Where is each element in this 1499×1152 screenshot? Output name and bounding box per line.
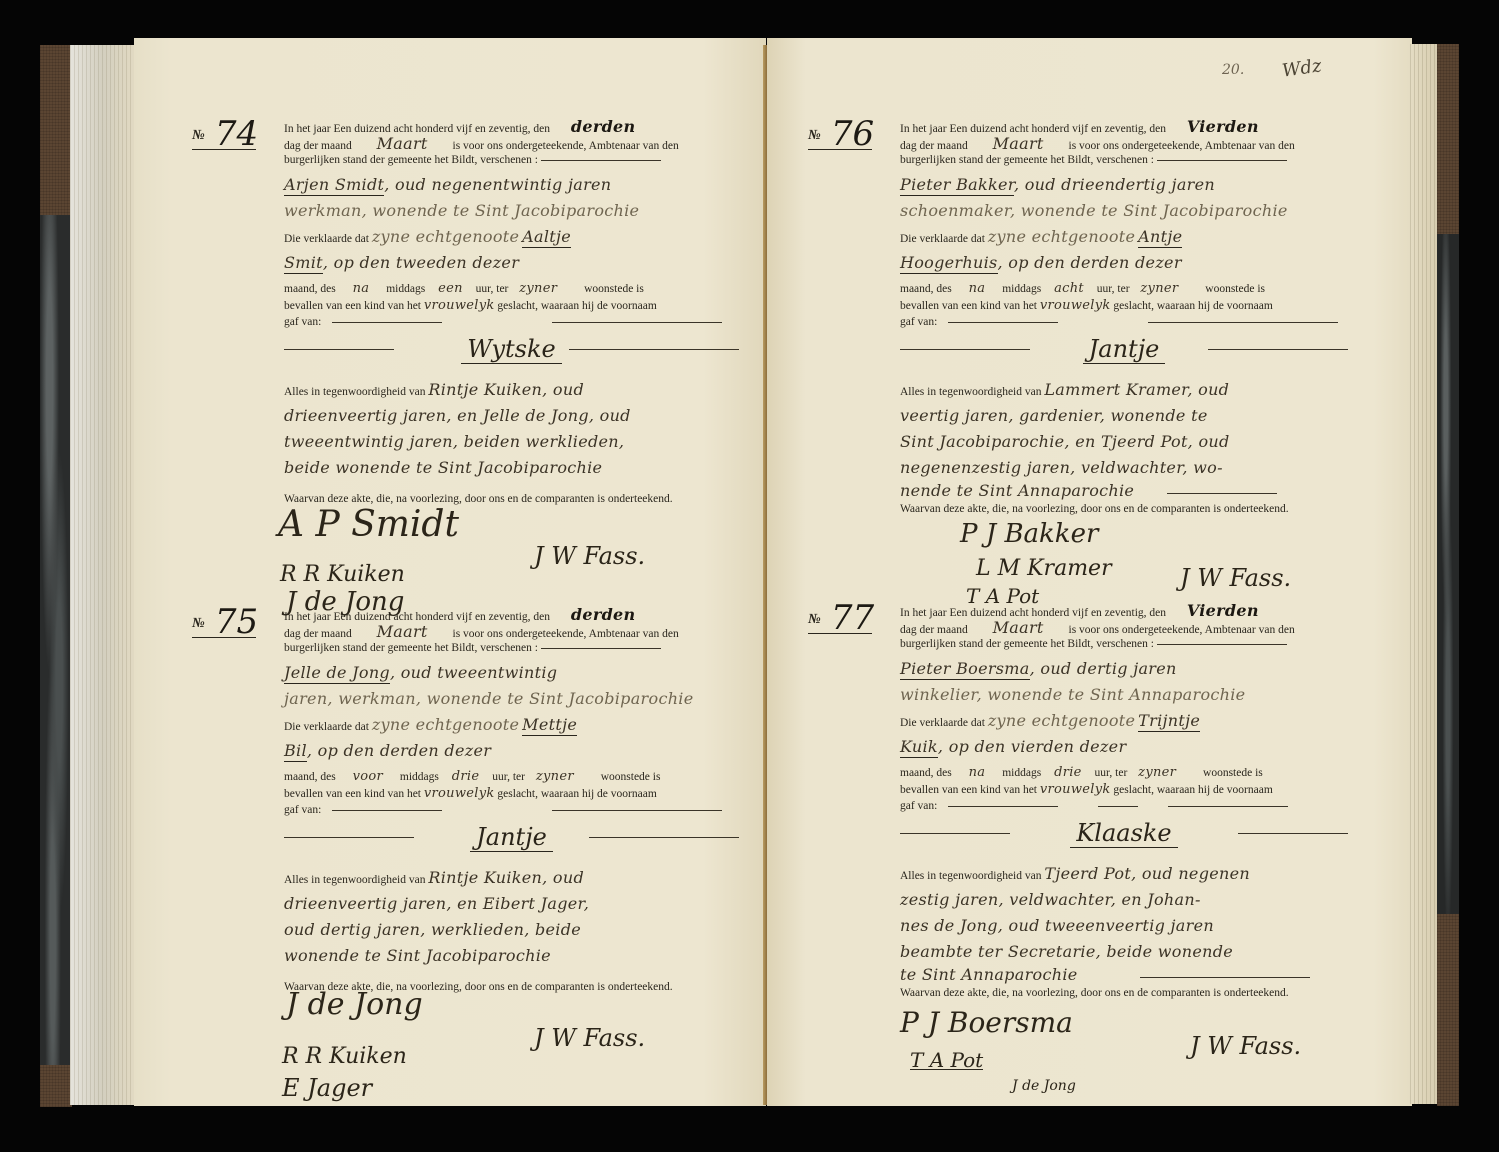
gave-line: gaf van: <box>900 798 1348 815</box>
witness-line: drieenveertig jaren, en Jelle de Jong, o… <box>284 403 739 429</box>
fill-line <box>900 833 1010 834</box>
fill-line <box>948 806 1058 807</box>
fill-line <box>284 349 394 350</box>
intro-line-1: In het jaar Een duizend acht honderd vij… <box>900 602 1348 619</box>
child-name: Wytske <box>461 335 561 364</box>
hand-residence: zyner <box>519 281 557 296</box>
signature: R R Kuiken <box>282 1048 407 1065</box>
sex-line: bevallen van een kind van het vrouwelyk … <box>284 785 739 802</box>
hand-relation: zyne echtgenoote <box>372 227 519 246</box>
fill-line <box>552 322 722 323</box>
print-text: uur, ter <box>476 283 509 295</box>
hand-residence: zyner <box>1138 765 1176 780</box>
witness-text: veertig jaren, gardenier, wonende te <box>900 406 1208 425</box>
witness-line: zestig jaren, veldwachter, en Johan- <box>900 887 1348 913</box>
mother-last-name: Hoogerhuis <box>900 253 998 274</box>
witness-1: Tjeerd Pot, oud negenen <box>1044 864 1250 883</box>
hand-residence: zyner <box>536 769 574 784</box>
declarant-occupation: jaren, werkman, wonende te Sint Jacobipa… <box>284 689 694 708</box>
hand-relation: zyne echtgenoote <box>988 711 1135 730</box>
declarant-line-2: jaren, werkman, wonende te Sint Jacobipa… <box>284 686 739 712</box>
witness-text: Sint Jacobiparochie, en Tjeerd Pot, oud <box>900 432 1230 451</box>
declarant-occupation: schoenmaker, wonende te Sint Jacobiparoc… <box>900 201 1288 220</box>
record-number: №76 <box>808 120 874 145</box>
print-text: voornaam <box>1227 784 1273 796</box>
record-number-value: 76 <box>831 114 874 154</box>
print-text: bevallen van een kind van het <box>284 300 421 312</box>
divider <box>192 149 256 150</box>
witness-text: zestig jaren, veldwachter, en Johan- <box>900 890 1201 909</box>
fill-line <box>900 349 1030 350</box>
intro-line-3: burgerlijken stand der gemeente het Bild… <box>284 152 739 169</box>
print-text: Alles in tegenwoordigheid van <box>900 870 1041 882</box>
signature-registrar: J W Fass. <box>534 548 645 565</box>
declarant-line: Arjen Smidt, oud negenentwintig jaren <box>284 172 739 198</box>
print-text: geslacht, waaraan hij de <box>1113 300 1223 312</box>
print-text: geslacht, waaraan hij de <box>1113 784 1223 796</box>
print-text: maand, des <box>284 771 336 783</box>
hand-hour: acht <box>1054 281 1084 296</box>
child-name: Jantje <box>470 823 553 852</box>
mother-line: Bil, op den derden dezer <box>284 738 739 764</box>
closing-line: Waarvan deze akte, die, na voorlezing, d… <box>900 985 1348 1002</box>
print-text: burgerlijken stand der gemeente het Bild… <box>284 154 538 166</box>
closing-text: Waarvan deze akte, die, na voorlezing, d… <box>900 503 1289 515</box>
signature: P J Bakker <box>960 526 1098 543</box>
statement-line: Die verklaarde dat zyne echtgenoote Aalt… <box>284 224 739 250</box>
birth-date: , op den derden dezer <box>998 253 1182 272</box>
fill-line <box>332 322 442 323</box>
fill-line <box>1157 644 1287 645</box>
print-text: is voor ons ondergeteekende, Ambtenaar v… <box>453 140 679 152</box>
declarant-line-2: werkman, wonende te Sint Jacobiparochie <box>284 198 739 224</box>
declarant-age: , oud drieendertig jaren <box>1014 175 1215 194</box>
print-text: maand, des <box>900 283 952 295</box>
witness-line: Sint Jacobiparochie, en Tjeerd Pot, oud <box>900 429 1348 455</box>
witness-line: veertig jaren, gardenier, wonende te <box>900 403 1348 429</box>
fill-line <box>948 322 1058 323</box>
witness-line: te Sint Annaparochie <box>900 965 1348 985</box>
declarant-age: , oud dertig jaren <box>1030 659 1177 678</box>
witness-text: drieenveertig jaren, en Eibert Jager, <box>284 894 589 913</box>
print-text: Die verklaarde dat <box>900 717 985 729</box>
child-name-line: Wytske <box>284 331 739 367</box>
print-text: gaf van: <box>284 316 321 328</box>
print-text: burgerlijken stand der gemeente het Bild… <box>900 154 1154 166</box>
declarant-name: Arjen Smidt <box>284 175 384 196</box>
signature: J de Jong <box>1012 1078 1076 1095</box>
declarant-name: Jelle de Jong <box>284 663 390 684</box>
declarant-line: Pieter Bakker, oud drieendertig jaren <box>900 172 1348 198</box>
child-name-line: Jantje <box>900 331 1348 367</box>
declarant-line-2: schoenmaker, wonende te Sint Jacobiparoc… <box>900 198 1348 224</box>
signatures: P J Boersma T A Pot J de Jong J W Fass. <box>900 1002 1348 1122</box>
statement-line: Die verklaarde dat zyne echtgenoote Trij… <box>900 708 1348 734</box>
birth-date: , op den tweeden dezer <box>323 253 519 272</box>
fill-line <box>1168 806 1288 807</box>
mother-line: Smit, op den tweeden dezer <box>284 250 739 276</box>
fill-line <box>552 810 722 811</box>
print-text: voornaam <box>611 300 657 312</box>
witness-line: wonende te Sint Jacobiparochie <box>284 943 739 969</box>
signature: E Jager <box>282 1080 372 1097</box>
fill-line <box>1140 977 1310 978</box>
hand-sex: vrouwelyk <box>424 298 495 313</box>
print-text: voornaam <box>611 788 657 800</box>
witness-text: negenenzestig jaren, veldwachter, wo- <box>900 458 1223 477</box>
signature: P J Boersma <box>900 1014 1073 1031</box>
fill-line <box>1208 349 1348 350</box>
print-text: geslacht, waaraan hij de <box>497 300 607 312</box>
birth-record-76: №76 In het jaar Een duizend acht honderd… <box>900 118 1348 638</box>
fill-line <box>541 648 661 649</box>
witness-line: drieenveertig jaren, en Eibert Jager, <box>284 891 739 917</box>
mother-line: Kuik, op den vierden dezer <box>900 734 1348 760</box>
signatures: J de Jong R R Kuiken E Jager J W Fass. <box>284 996 739 1116</box>
intro-line-2: dag der maand Maart is voor ons onderget… <box>900 619 1348 636</box>
record-number-value: 75 <box>215 602 258 642</box>
declarant-line-2: winkelier, wonende te Sint Annaparochie <box>900 682 1348 708</box>
record-number-value: 74 <box>215 114 258 154</box>
witness-text: tweeentwintig jaren, beiden werklieden, <box>284 432 624 451</box>
time-line: maand, des voor middags drie uur, ter zy… <box>284 768 739 785</box>
witness-line: tweeentwintig jaren, beiden werklieden, <box>284 429 739 455</box>
marbled-paper-left <box>40 215 72 1065</box>
child-name-line: Klaaske <box>900 815 1348 851</box>
hand-sex: vrouwelyk <box>1040 782 1111 797</box>
declarant-line: Jelle de Jong, oud tweeentwintig <box>284 660 739 686</box>
hand-day: derden <box>571 117 636 136</box>
print-text: maand, des <box>284 283 336 295</box>
sex-line: bevallen van een kind van het vrouwelyk … <box>284 297 739 314</box>
declarant-line: Pieter Boersma, oud dertig jaren <box>900 656 1348 682</box>
signature: A P Smidt <box>278 516 459 533</box>
signature-registrar: J W Fass. <box>1180 570 1291 587</box>
signature: R R Kuiken <box>280 566 405 583</box>
print-text: middags <box>400 771 439 783</box>
hand-ampm: na <box>353 281 370 296</box>
number-label: № <box>192 616 205 631</box>
witness-text: beide wonende te Sint Jacobiparochie <box>284 458 602 477</box>
witness-line: beide wonende te Sint Jacobiparochie <box>284 455 739 481</box>
closing-text: Waarvan deze akte, die, na voorlezing, d… <box>900 987 1289 999</box>
hand-ampm: voor <box>353 769 383 784</box>
divider <box>808 633 872 634</box>
declarant-occupation: winkelier, wonende te Sint Annaparochie <box>900 685 1245 704</box>
birth-date: , op den derden dezer <box>307 741 491 760</box>
gave-line: gaf van: <box>284 802 739 819</box>
declarant-name: Pieter Bakker <box>900 175 1014 196</box>
mother-first-name: Trijntje <box>1138 711 1200 732</box>
number-label: № <box>192 128 205 143</box>
witness-text: nende te Sint Annaparochie <box>900 481 1134 500</box>
witness-1: Rintje Kuiken, oud <box>428 868 584 887</box>
mother-first-name: Mettje <box>522 715 577 736</box>
intro-line-3: burgerlijken stand der gemeente het Bild… <box>284 640 739 657</box>
print-text: dag der maand <box>900 624 968 636</box>
print-text: dag der maand <box>284 140 352 152</box>
fill-line <box>1238 833 1348 834</box>
fill-line <box>589 837 739 838</box>
witness-1: Lammert Kramer, oud <box>1044 380 1229 399</box>
gave-line: gaf van: <box>900 314 1348 331</box>
print-text: uur, ter <box>1097 283 1130 295</box>
fill-line <box>541 160 661 161</box>
hand-relation: zyne echtgenoote <box>988 227 1135 246</box>
divider <box>808 149 872 150</box>
page-edges-left <box>70 45 136 1105</box>
child-name: Jantje <box>1083 335 1166 364</box>
hand-ampm: na <box>969 765 986 780</box>
closing-line: Waarvan deze akte, die, na voorlezing, d… <box>900 501 1348 518</box>
declarant-age: , oud negenentwintig jaren <box>384 175 611 194</box>
intro-line-2: dag der maand Maart is voor ons onderget… <box>284 623 739 640</box>
print-text: Alles in tegenwoordigheid van <box>284 874 425 886</box>
sex-line: bevallen van een kind van het vrouwelyk … <box>900 781 1348 798</box>
print-text: is voor ons ondergeteekende, Ambtenaar v… <box>1069 140 1295 152</box>
print-text: bevallen van een kind van het <box>900 784 1037 796</box>
fill-line <box>1157 160 1287 161</box>
time-line: maand, des na middags een uur, ter zyner… <box>284 280 739 297</box>
intro-line-2: dag der maand Maart is voor ons onderget… <box>900 135 1348 152</box>
print-text: burgerlijken stand der gemeente het Bild… <box>284 642 538 654</box>
statement-line: Die verklaarde dat zyne echtgenoote Mett… <box>284 712 739 738</box>
page-number: 20. <box>1222 62 1244 78</box>
print-text: Alles in tegenwoordigheid van <box>900 386 1041 398</box>
divider <box>192 637 256 638</box>
print-text: maand, des <box>900 767 952 779</box>
witness-line: Alles in tegenwoordigheid van Tjeerd Pot… <box>900 861 1348 887</box>
record-number: №75 <box>192 608 258 633</box>
witness-line: Alles in tegenwoordigheid van Rintje Kui… <box>284 377 739 403</box>
fill-line <box>1148 322 1338 323</box>
fill-line <box>332 810 442 811</box>
hand-residence: zyner <box>1140 281 1178 296</box>
witness-line: negenenzestig jaren, veldwachter, wo- <box>900 455 1348 481</box>
print-text: voornaam <box>1227 300 1273 312</box>
witness-text: drieenveertig jaren, en Jelle de Jong, o… <box>284 406 631 425</box>
intro-line-2: dag der maand Maart is voor ons onderget… <box>284 135 739 152</box>
hand-month: Maart <box>377 134 428 153</box>
hand-sex: vrouwelyk <box>1040 298 1111 313</box>
record-number: №74 <box>192 120 258 145</box>
hand-hour: drie <box>452 769 480 784</box>
print-text: bevallen van een kind van het <box>284 788 421 800</box>
birth-record-75: №75 In het jaar Een duizend acht honderd… <box>284 606 739 1116</box>
signature: L M Kramer <box>976 560 1112 577</box>
book-cover-right <box>1437 44 1459 1106</box>
print-text: Die verklaarde dat <box>284 233 369 245</box>
print-text: burgerlijken stand der gemeente het Bild… <box>900 638 1154 650</box>
hand-relation: zyne echtgenoote <box>372 715 519 734</box>
marbled-paper-right <box>1437 234 1459 914</box>
witness-line: nende te Sint Annaparochie <box>900 481 1348 501</box>
print-text: woonstede is <box>584 283 644 295</box>
intro-line-3: burgerlijken stand der gemeente het Bild… <box>900 152 1348 169</box>
mother-line: Hoogerhuis, op den derden dezer <box>900 250 1348 276</box>
declarant-name: Pieter Boersma <box>900 659 1030 680</box>
print-text: woonstede is <box>1203 767 1263 779</box>
print-text: middags <box>1002 283 1041 295</box>
print-text: gaf van: <box>284 804 321 816</box>
mother-last-name: Bil <box>284 741 307 762</box>
number-label: № <box>808 128 821 143</box>
fill-line <box>1167 493 1277 494</box>
hand-hour: een <box>438 281 463 296</box>
hand-month: Maart <box>993 134 1044 153</box>
print-text: gaf van: <box>900 316 937 328</box>
print-text: uur, ter <box>492 771 525 783</box>
print-text: gaf van: <box>900 800 937 812</box>
mother-first-name: Antje <box>1138 227 1182 248</box>
hand-month: Maart <box>377 622 428 641</box>
intro-line-3: burgerlijken stand der gemeente het Bild… <box>900 636 1348 653</box>
hand-hour: drie <box>1054 765 1082 780</box>
witness-text: wonende te Sint Jacobiparochie <box>284 946 551 965</box>
hand-day: Vierden <box>1187 601 1259 620</box>
intro-line-1: In het jaar Een duizend acht honderd vij… <box>284 118 739 135</box>
record-number-value: 77 <box>831 598 874 638</box>
record-number: №77 <box>808 604 874 629</box>
hand-sex: vrouwelyk <box>424 786 495 801</box>
print-text: bevallen van een kind van het <box>900 300 1037 312</box>
hand-day: Vierden <box>1187 117 1259 136</box>
witness-line: nes de Jong, oud tweeenveertig jaren <box>900 913 1348 939</box>
intro-line-1: In het jaar Een duizend acht honderd vij… <box>900 118 1348 135</box>
book-cover-left <box>40 45 72 1107</box>
print-text: woonstede is <box>601 771 661 783</box>
print-text: Die verklaarde dat <box>284 721 369 733</box>
sex-line: bevallen van een kind van het vrouwelyk … <box>900 297 1348 314</box>
witness-text: te Sint Annaparochie <box>900 965 1078 984</box>
print-text: geslacht, waaraan hij de <box>497 788 607 800</box>
child-name-line: Jantje <box>284 819 739 855</box>
statement-line: Die verklaarde dat zyne echtgenoote Antj… <box>900 224 1348 250</box>
print-text: Die verklaarde dat <box>900 233 985 245</box>
time-line: maand, des na middags drie uur, ter zyne… <box>900 764 1348 781</box>
birth-record-77: №77 In het jaar Een duizend acht honderd… <box>900 602 1348 1122</box>
declarant-occupation: werkman, wonende te Sint Jacobiparochie <box>284 201 639 220</box>
print-text: dag der maand <box>284 628 352 640</box>
number-label: № <box>808 612 821 627</box>
child-name: Klaaske <box>1070 819 1177 848</box>
birth-date: , op den vierden dezer <box>938 737 1126 756</box>
time-line: maand, des na middags acht uur, ter zyne… <box>900 280 1348 297</box>
witness-text: beambte ter Secretarie, beide wonende <box>900 942 1233 961</box>
hand-ampm: na <box>969 281 986 296</box>
print-text: uur, ter <box>1095 767 1128 779</box>
print-text: Alles in tegenwoordigheid van <box>284 386 425 398</box>
signature: J de Jong <box>286 996 423 1013</box>
witness-line: Alles in tegenwoordigheid van Rintje Kui… <box>284 865 739 891</box>
print-text: woonstede is <box>1205 283 1265 295</box>
witness-line: Alles in tegenwoordigheid van Lammert Kr… <box>900 377 1348 403</box>
print-text: is voor ons ondergeteekende, Ambtenaar v… <box>453 628 679 640</box>
witness-line: beambte ter Secretarie, beide wonende <box>900 939 1348 965</box>
fill-line <box>284 837 414 838</box>
witness-text: oud dertig jaren, werklieden, beide <box>284 920 581 939</box>
print-text: middags <box>1002 767 1041 779</box>
mother-first-name: Aaltje <box>522 227 571 248</box>
print-text: dag der maand <box>900 140 968 152</box>
print-text: is voor ons ondergeteekende, Ambtenaar v… <box>1069 624 1295 636</box>
page-edges-right <box>1410 44 1438 1104</box>
declarant-age: , oud tweeentwintig <box>390 663 557 682</box>
signature-registrar: J W Fass. <box>1190 1038 1301 1055</box>
mother-last-name: Kuik <box>900 737 938 758</box>
witness-text: nes de Jong, oud tweeenveertig jaren <box>900 916 1214 935</box>
hand-month: Maart <box>993 618 1044 637</box>
signature-registrar: J W Fass. <box>534 1030 645 1047</box>
witness-1: Rintje Kuiken, oud <box>428 380 584 399</box>
fill-line <box>569 349 739 350</box>
gave-line: gaf van: <box>284 314 739 331</box>
fill-line <box>1098 806 1138 807</box>
birth-record-74: №74 In het jaar Een duizend acht honderd… <box>284 118 739 628</box>
intro-line-1: In het jaar Een duizend acht honderd vij… <box>284 606 739 623</box>
print-text: middags <box>386 283 425 295</box>
witness-line: oud dertig jaren, werklieden, beide <box>284 917 739 943</box>
hand-day: derden <box>571 605 636 624</box>
signature: T A Pot <box>910 1052 983 1070</box>
mother-last-name: Smit <box>284 253 323 274</box>
